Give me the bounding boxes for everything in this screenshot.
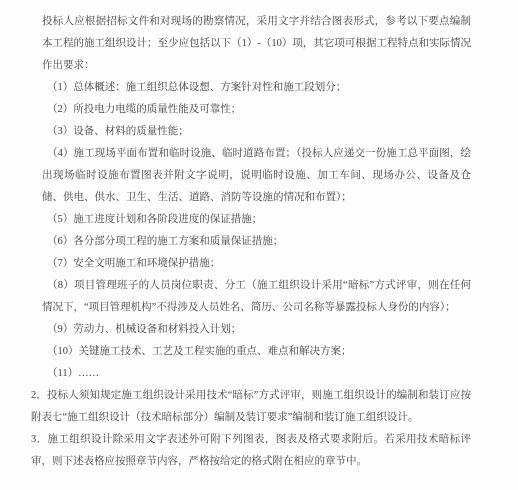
numbered-paragraph-2: 2．投标人须知规定施工组织设计采用技术“暗标”方式评审，则施工组织设计的编制和装…: [31, 385, 471, 429]
list-item-11: （11）……: [42, 363, 471, 385]
list-item-8: （8）项目管理班子的人员岗位职责、分工（施工组织设计采用“暗标”方式评审，则在任…: [42, 275, 471, 319]
list-item-3: （3）设备、材料的质量性能；: [42, 121, 471, 143]
list-item-9: （9）劳动力、机械设备和材料投入计划；: [42, 319, 471, 341]
intro-paragraph: 投标人应根据招标文件和对现场的勘察情况，采用文字并结合图表形式，参考以下要点编制…: [42, 11, 471, 77]
list-item-4: （4）施工现场平面布置和临时设施、临时道路布置；（投标人应递交一份施工总平面图，…: [42, 143, 471, 209]
section-organization-design-requirements: 投标人应根据招标文件和对现场的勘察情况，采用文字并结合图表形式，参考以下要点编制…: [42, 11, 471, 385]
document-body: 投标人应根据招标文件和对现场的勘察情况，采用文字并结合图表形式，参考以下要点编制…: [0, 11, 518, 473]
list-item-6: （6）各分部分项工程的施工方案和质量保证措施；: [42, 231, 471, 253]
list-item-1: （1）总体概述：施工组织总体设想、方案针对性和施工段划分；: [42, 77, 471, 99]
list-item-2: （2）所投电力电缆的质量性能及可靠性；: [42, 99, 471, 121]
list-item-5: （5）施工进度计划和各阶段进度的保证措施；: [42, 209, 471, 231]
section-binding-notes: 2．投标人须知规定施工组织设计采用技术“暗标”方式评审，则施工组织设计的编制和装…: [31, 385, 471, 473]
list-item-7: （7）安全文明施工和环境保护措施；: [42, 253, 471, 275]
numbered-paragraph-3: 3．施工组织设计除采用文字表述外可附下列图表，图表及格式要求附后。若采用技术暗标…: [31, 429, 471, 473]
list-item-10: （10）关键施工技术、工艺及工程实施的重点、难点和解决方案；: [42, 341, 471, 363]
document-page: 投标人应根据招标文件和对现场的勘察情况，采用文字并结合图表形式，参考以下要点编制…: [0, 0, 518, 490]
